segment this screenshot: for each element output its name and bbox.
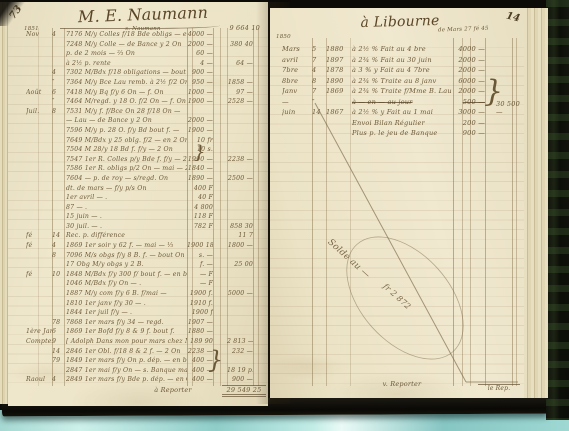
cell-date: — bbox=[282, 97, 312, 108]
cell-fc bbox=[213, 164, 220, 174]
cell-date: juin bbox=[282, 107, 312, 118]
cell-no: 8 bbox=[52, 107, 64, 117]
cell-fc bbox=[213, 116, 220, 126]
cell-date: avril bbox=[282, 55, 312, 66]
cell-sc bbox=[253, 116, 258, 126]
cell-f: 2000 — bbox=[187, 40, 213, 50]
cell-date bbox=[26, 308, 52, 318]
cell-fc bbox=[213, 184, 220, 194]
solde-label: Solde au — bbox=[326, 237, 372, 280]
ledger-entries-left: Nov47176 M/y Colles f/18 Bde obligs — en… bbox=[26, 30, 258, 385]
cell-fc bbox=[213, 279, 220, 289]
cell-desc: 1810 1er janv f/y 30 — . bbox=[64, 299, 187, 309]
folio-number-right: 14 bbox=[505, 10, 521, 24]
cell-date: fé bbox=[26, 241, 52, 251]
cell-date bbox=[26, 222, 52, 232]
cell-fc bbox=[213, 212, 220, 222]
cell-no: 4 bbox=[312, 65, 326, 76]
cell-date: fé bbox=[26, 270, 52, 280]
cell-sc bbox=[253, 241, 258, 251]
cell-no bbox=[52, 164, 64, 174]
cell-fc bbox=[213, 260, 220, 270]
ledger-row: fé14Rec. p. différence11 7 bbox=[26, 231, 258, 241]
cell-s bbox=[227, 49, 253, 59]
cell-fc bbox=[213, 97, 220, 107]
ledger-row: 15 juin — .118 F bbox=[26, 212, 258, 222]
cell-fc bbox=[213, 203, 220, 213]
cell-fc bbox=[213, 375, 220, 385]
cell-date: Nov bbox=[26, 30, 52, 40]
cell-no: 7 bbox=[312, 55, 326, 66]
cell-date bbox=[26, 164, 52, 174]
cell-sc bbox=[253, 126, 258, 136]
cell-no bbox=[52, 174, 64, 184]
cell-no: 4 bbox=[52, 68, 64, 78]
cell-sc bbox=[253, 327, 258, 337]
cell-sc bbox=[253, 145, 258, 155]
cell-gap bbox=[220, 155, 227, 165]
cell-desc: 7604 — p. de roy — s/regd. On bbox=[64, 174, 187, 184]
cell-no: 6 bbox=[52, 327, 64, 337]
carry-forward-note-right: v. Reporter bbox=[362, 380, 442, 388]
cell-s bbox=[227, 145, 253, 155]
ledger-row: Mars51880à 2½ % Fait au 4 bre4000 — bbox=[282, 44, 492, 55]
ledger-row: 7596 M/y p. 28 O. f/y Bd bout f. —1900 — bbox=[26, 126, 258, 136]
cell-fc bbox=[213, 68, 220, 78]
cell-desc: 1er avril — . bbox=[64, 193, 187, 203]
cell-sc bbox=[253, 136, 258, 146]
cell-desc: [ Adolph Dans mon pour mars chez Morin ] bbox=[64, 337, 187, 347]
cell-gap bbox=[220, 49, 227, 59]
cell-s bbox=[227, 164, 253, 174]
ledger-page-right: à Libourne de Mars 27 fé 45 1850 Mars518… bbox=[270, 8, 524, 398]
cell-no bbox=[52, 40, 64, 50]
page-total-left: 29 549 25 bbox=[222, 385, 266, 397]
ledger-row: 7649 M/Bdx y 25 oblg. f/2 — en 2 On10 fr bbox=[26, 136, 258, 146]
cell-no bbox=[52, 136, 64, 146]
cell-s bbox=[227, 30, 253, 40]
cell-date bbox=[26, 174, 52, 184]
cell-sc bbox=[253, 203, 258, 213]
cell-s: 2528 — bbox=[227, 97, 253, 107]
cell-gap bbox=[220, 222, 227, 232]
ledger-row: à 2½ p. rente4 —64 — bbox=[26, 59, 258, 69]
cell-date bbox=[26, 356, 52, 366]
cell-gap bbox=[220, 241, 227, 251]
cell-f: 200 — bbox=[453, 118, 485, 129]
cell-sc bbox=[253, 366, 258, 376]
cell-desc: Rec. p. différence bbox=[64, 231, 187, 241]
ledger-row: 87096 M/s obgs f/y 8 B. f. — bout Ons. — bbox=[26, 251, 258, 261]
cell-sc bbox=[253, 184, 258, 194]
cell-sc bbox=[253, 279, 258, 289]
cell-s: 11 7 bbox=[227, 231, 253, 241]
cell-s: 2500 — bbox=[227, 174, 253, 184]
cell-date bbox=[282, 128, 312, 139]
cell-f: 500 — bbox=[453, 97, 485, 108]
cell-desc: 17 Obg M/y obgs y 2 B. bbox=[64, 260, 187, 270]
cell-date bbox=[26, 116, 52, 126]
cell-sc bbox=[253, 231, 258, 241]
ledger-row: Août67418 M/y Bq f/y 6 On — f. On1000 —9… bbox=[26, 88, 258, 98]
cell-f: 2000 — bbox=[453, 55, 485, 66]
cell-s: 25 00 bbox=[227, 260, 253, 270]
cell-f: 2000 — bbox=[453, 65, 485, 76]
cell-date bbox=[26, 318, 52, 328]
cell-date bbox=[282, 118, 312, 129]
cell-sc bbox=[253, 251, 258, 261]
cell-desc: 1848 M/Bdx f/y 300 f/ bout f. — en bout bbox=[64, 270, 187, 280]
cell-date bbox=[26, 289, 52, 299]
cell-sc bbox=[253, 270, 258, 280]
cell-desc: 7418 M/y Bq f/y 6 On — f. On bbox=[64, 88, 187, 98]
cell-sc bbox=[253, 318, 258, 328]
cell-gap bbox=[220, 116, 227, 126]
ledger-row: 1887 M/y com f/y 6 B. f/mai —1900 f.5000… bbox=[26, 289, 258, 299]
cell-sc bbox=[253, 212, 258, 222]
cell-f: 4000 — bbox=[187, 30, 213, 40]
cell-s: 380 40 bbox=[227, 40, 253, 50]
solde-amount: fr 2 872 bbox=[381, 282, 412, 311]
cell-fc bbox=[213, 231, 220, 241]
ledger-row: 1er avril — .40 F bbox=[26, 193, 258, 203]
cell-f: f. — bbox=[187, 260, 213, 270]
cell-no: 8 bbox=[52, 251, 64, 261]
cell-f: 1900 — bbox=[187, 126, 213, 136]
cell-no bbox=[52, 155, 64, 165]
cell-date bbox=[26, 145, 52, 155]
cell-fc bbox=[213, 270, 220, 280]
book-cover-right-edge bbox=[546, 0, 569, 420]
ledger-row: 1844 1er juil f/y — .1900 f bbox=[26, 308, 258, 318]
cell-fc bbox=[213, 318, 220, 328]
cell-gap bbox=[220, 299, 227, 309]
cell-desc: 7248 M/y Colle — de Bance y 2 On bbox=[64, 40, 187, 50]
cell-desc: 7302 M/Bdx f/18 obligations — bout On bbox=[64, 68, 187, 78]
cell-no: 78 bbox=[52, 318, 64, 328]
cell-no bbox=[52, 308, 64, 318]
cell-date bbox=[26, 155, 52, 165]
cell-desc: 1869 1er Bofd f/y 8 & 9 f. bout f. bbox=[64, 327, 187, 337]
cell-no: 7 bbox=[312, 86, 326, 97]
cell-sc bbox=[253, 40, 258, 50]
ledger-row: 7248 M/y Colle — de Bance y 2 On2000 —38… bbox=[26, 40, 258, 50]
cell-desc: dt. de mars — f/y p/s On bbox=[64, 184, 187, 194]
column-rule bbox=[516, 38, 517, 386]
cell-date bbox=[26, 184, 52, 194]
cell-s: 900 — bbox=[227, 375, 253, 385]
cell-date bbox=[26, 203, 52, 213]
cell-desc: 1849 1er mars f/y On p. dép. — en bout O… bbox=[64, 356, 187, 366]
cell-sc bbox=[253, 260, 258, 270]
cell-desc: 1887 M/y com f/y 6 B. f/mai — bbox=[64, 289, 187, 299]
cell-desc: 1869 1er soir y 62 f. — mai — ⅓ bbox=[64, 241, 187, 251]
cell-gap bbox=[220, 136, 227, 146]
cell-fc bbox=[213, 222, 220, 232]
cell-f: 400 — bbox=[187, 375, 213, 385]
ledger-row: 7586 1er R. obligs p/2 On — mai — 2 On18… bbox=[26, 164, 258, 174]
ledger-row: Envoi Bilan Régulier200 — bbox=[282, 118, 492, 129]
cell-desc: 1046 M/Bdx f/y On — . bbox=[64, 279, 187, 289]
cell-gap bbox=[220, 184, 227, 194]
cell-sc bbox=[253, 78, 258, 88]
cell-desc: 7364 M/y Bce Lau remb. à 2½ f/2 On bbox=[64, 78, 187, 88]
cell-desc: 2847 1er mai f/y On — s. Banque mai bbox=[64, 366, 187, 376]
cell-no: ″ bbox=[312, 97, 326, 108]
cell-f: s. — bbox=[187, 251, 213, 261]
cell-s: 858 30 bbox=[227, 222, 253, 232]
cell-s bbox=[227, 193, 253, 203]
ledger-row: —″à — en — au jour500 — bbox=[282, 97, 492, 108]
cell-sc bbox=[253, 222, 258, 232]
cell-gap bbox=[220, 88, 227, 98]
cell-sc bbox=[253, 347, 258, 357]
cell-gap bbox=[220, 327, 227, 337]
cell-desc: 7531 M/y f. f/Bce On 28 f/18 On — bbox=[64, 107, 187, 117]
cell-no bbox=[52, 366, 64, 376]
cell-sc bbox=[253, 193, 258, 203]
cell-num: 1869 bbox=[326, 86, 350, 97]
cell-gap bbox=[220, 289, 227, 299]
cell-f: 1907 — bbox=[187, 318, 213, 328]
brace-total: 30 500 — bbox=[496, 100, 526, 116]
ledger-row: fé101848 M/Bdx f/y 300 f/ bout f. — en b… bbox=[26, 270, 258, 280]
cell-f: 1900 18 bbox=[187, 241, 213, 251]
cell-sc bbox=[253, 107, 258, 117]
cell-no: 6 bbox=[52, 88, 64, 98]
cell-desc: 7547 1er R. Colles p/y Bde f. f/y — 2 On bbox=[64, 155, 187, 165]
ledger-row: Raoul42849 1er mars f/y Bde p. dép. — en… bbox=[26, 375, 258, 385]
ledger-row: ″7364 M/y Bce Lau remb. à 2½ f/2 On950 —… bbox=[26, 78, 258, 88]
cell-gap bbox=[220, 107, 227, 117]
cell-f: 950 — bbox=[187, 78, 213, 88]
cell-date bbox=[26, 68, 52, 78]
cell-no: 79 bbox=[52, 356, 64, 366]
cell-no: 5 bbox=[312, 44, 326, 55]
cell-s bbox=[227, 318, 253, 328]
cell-fc bbox=[213, 126, 220, 136]
cell-num: 1867 bbox=[326, 107, 350, 118]
ledger-row: 7bre41878à 3 % y Fait au 4 7bre2000 — bbox=[282, 65, 492, 76]
cell-f: 2000 — bbox=[453, 86, 485, 97]
cell-no bbox=[52, 299, 64, 309]
cell-desc: à 2½ % Fait au 4 bre bbox=[350, 44, 453, 55]
cell-gap bbox=[220, 308, 227, 318]
cell-no bbox=[52, 289, 64, 299]
ledger-row: 8bre81890à 2¾ % Traite au 8 janv6000 — bbox=[282, 76, 492, 87]
cell-date bbox=[26, 279, 52, 289]
cell-desc: à — en — au jour bbox=[350, 97, 453, 108]
cell-desc: à 2½ p. rente bbox=[64, 59, 187, 69]
cell-gap bbox=[220, 231, 227, 241]
cell-fc bbox=[213, 289, 220, 299]
cell-f: 6000 — bbox=[453, 76, 485, 87]
cell-date bbox=[26, 347, 52, 357]
ledger-entries-right: Mars51880à 2½ % Fait au 4 bre4000 —avril… bbox=[282, 44, 492, 139]
cell-desc: Envoi Bilan Régulier bbox=[350, 118, 453, 129]
cell-desc: 7586 1er R. obligs p/2 On — mai — 2 On bbox=[64, 164, 187, 174]
cell-date: Juil. bbox=[26, 107, 52, 117]
cell-desc: 7176 M/y Colles f/18 Bde obligs — en bou… bbox=[64, 30, 187, 40]
ledger-row: Janv71869à 2¾ % Traite f/Mme B. Lau2000 … bbox=[282, 86, 492, 97]
cell-f: 40 F bbox=[187, 193, 213, 203]
cell-fc bbox=[213, 174, 220, 184]
cell-date bbox=[26, 78, 52, 88]
cell-desc: 7504 M 28/y 18 Bd f. f/y — 2 On bbox=[64, 145, 187, 155]
cell-no: ″ bbox=[52, 97, 64, 107]
cell-desc: 87 — . bbox=[64, 203, 187, 213]
ledger-row: dt. de mars — f/y p/s On400 F bbox=[26, 184, 258, 194]
ledger-photo: M. E. Naumann s. Naumann 9 664 10 1851 N… bbox=[0, 0, 569, 431]
cell-f: 1840 — bbox=[187, 164, 213, 174]
cell-no: 9 bbox=[52, 337, 64, 347]
cell-f: — F bbox=[187, 279, 213, 289]
cell-date bbox=[26, 40, 52, 50]
cell-gap bbox=[220, 145, 227, 155]
cell-gap bbox=[220, 97, 227, 107]
cell-fc bbox=[213, 49, 220, 59]
cell-gap bbox=[220, 59, 227, 69]
cell-s bbox=[227, 212, 253, 222]
cell-no bbox=[52, 116, 64, 126]
cell-gap bbox=[220, 270, 227, 280]
cell-sc bbox=[253, 155, 258, 165]
carry-forward-note-left: à Reporter bbox=[128, 386, 218, 394]
cell-no bbox=[52, 279, 64, 289]
cell-desc: p. de 2 mois — ⅔ On bbox=[64, 49, 187, 59]
cell-fc bbox=[213, 40, 220, 50]
cell-f: 1900 — bbox=[187, 97, 213, 107]
cell-f: 400 F bbox=[187, 184, 213, 194]
sum-brace-large: } bbox=[208, 346, 223, 374]
cell-sc bbox=[253, 375, 258, 385]
cell-s: 64 — bbox=[227, 59, 253, 69]
cell-fc bbox=[213, 136, 220, 146]
cell-s bbox=[227, 308, 253, 318]
cell-no bbox=[52, 260, 64, 270]
cell-no: 4 bbox=[52, 241, 64, 251]
cell-sc bbox=[253, 68, 258, 78]
cell-desc: 7096 M/s obgs f/y 8 B. f. — bout On bbox=[64, 251, 187, 261]
cell-desc: à 2¾ % Fait au 30 juin bbox=[350, 55, 453, 66]
cell-desc: à 2½ % y Fait au 1 mai bbox=[350, 107, 453, 118]
cell-s: 18 19 p. bbox=[227, 366, 253, 376]
cell-s bbox=[227, 107, 253, 117]
cell-date bbox=[26, 97, 52, 107]
cell-sc bbox=[253, 59, 258, 69]
cell-f: 782 F bbox=[187, 222, 213, 232]
cell-date: 7bre bbox=[282, 65, 312, 76]
cell-sc bbox=[253, 174, 258, 184]
cell-no: 14 bbox=[52, 347, 64, 357]
ledger-row: 7504 M 28/y 18 Bd f. f/y — 2 On10 s. bbox=[26, 145, 258, 155]
cell-date: 1ère Janv. bbox=[26, 327, 52, 337]
cell-f: 900 — bbox=[453, 128, 485, 139]
ledger-row: Nov47176 M/y Colles f/18 Bde obligs — en… bbox=[26, 30, 258, 40]
ledger-row: — Lau — de Bance y 2 On2000 — bbox=[26, 116, 258, 126]
cell-f: 900 — bbox=[187, 68, 213, 78]
cell-s: 1858 — bbox=[227, 78, 253, 88]
cell-date: Août bbox=[26, 88, 52, 98]
cell-no bbox=[312, 118, 326, 129]
cell-date: Comptes f. bbox=[26, 337, 52, 347]
report-small-note: le Rep. bbox=[478, 384, 520, 392]
ledger-row: 1810 1er janv f/y 30 — .1910 f. bbox=[26, 299, 258, 309]
cell-f: 118 F bbox=[187, 212, 213, 222]
page-edges-right bbox=[524, 8, 548, 398]
cell-s bbox=[227, 116, 253, 126]
cell-f: 4000 — bbox=[453, 44, 485, 55]
cell-f bbox=[187, 231, 213, 241]
cell-no: 4 bbox=[52, 30, 64, 40]
ledger-row: ″7464 M/regd. y 18 O. f/2 On — f. On1900… bbox=[26, 97, 258, 107]
cell-sc bbox=[253, 299, 258, 309]
cell-no bbox=[52, 212, 64, 222]
cell-f: 1900 f. bbox=[187, 289, 213, 299]
cell-num: 1897 bbox=[326, 55, 350, 66]
cell-gap bbox=[220, 78, 227, 88]
ledger-row: 1046 M/Bdx f/y On — .— F bbox=[26, 279, 258, 289]
cell-s: 5000 — bbox=[227, 289, 253, 299]
cell-no bbox=[312, 128, 326, 139]
cell-fc bbox=[213, 299, 220, 309]
cell-date bbox=[26, 366, 52, 376]
cell-date: 8bre bbox=[282, 76, 312, 87]
cell-date: Janv bbox=[282, 86, 312, 97]
cell-fc bbox=[213, 308, 220, 318]
column-rule bbox=[512, 38, 513, 386]
cell-desc: 7596 M/y p. 28 O. f/y Bd bout f. — bbox=[64, 126, 187, 136]
cell-desc: 7868 1er mars f/y 34 — regd. bbox=[64, 318, 187, 328]
cell-gap bbox=[220, 40, 227, 50]
cell-s bbox=[227, 327, 253, 337]
cell-s bbox=[227, 203, 253, 213]
cell-num: 1880 bbox=[326, 44, 350, 55]
cell-sc bbox=[253, 356, 258, 366]
cell-fc bbox=[213, 107, 220, 117]
year-label-right: 1850 bbox=[276, 34, 291, 40]
cell-s bbox=[227, 136, 253, 146]
cell-desc: 2849 1er mars f/y Bde p. dép. — en On bbox=[64, 375, 187, 385]
cell-s bbox=[227, 279, 253, 289]
cell-sc bbox=[253, 49, 258, 59]
cell-desc: à 2¾ % Traite f/Mme B. Lau bbox=[350, 86, 453, 97]
ledger-page-left: M. E. Naumann s. Naumann 9 664 10 1851 N… bbox=[8, 2, 268, 406]
cell-date bbox=[26, 136, 52, 146]
cell-s bbox=[227, 270, 253, 280]
cell-num: 1890 bbox=[326, 76, 350, 87]
cell-num: 1878 bbox=[326, 65, 350, 76]
ledger-row: 1ère Janv.61869 1er Bofd f/y 8 & 9 f. bo… bbox=[26, 327, 258, 337]
cell-gap bbox=[220, 174, 227, 184]
cell-gap bbox=[220, 318, 227, 328]
cell-date bbox=[26, 126, 52, 136]
cell-fc bbox=[213, 30, 220, 40]
cell-date bbox=[26, 260, 52, 270]
cell-desc: 1844 1er juil f/y — . bbox=[64, 308, 187, 318]
cell-no bbox=[52, 184, 64, 194]
cell-f: 1900 f bbox=[187, 308, 213, 318]
ledger-row: 30 juil. — .782 F858 30 bbox=[26, 222, 258, 232]
cell-fc bbox=[213, 155, 220, 165]
cell-fc bbox=[213, 241, 220, 251]
cell-desc: 15 juin — . bbox=[64, 212, 187, 222]
cell-s: 1800 — bbox=[227, 241, 253, 251]
ledger-row: fé41869 1er soir y 62 f. — mai — ⅓1900 1… bbox=[26, 241, 258, 251]
cell-num bbox=[326, 128, 350, 139]
ledger-row: 787868 1er mars f/y 34 — regd.1907 — bbox=[26, 318, 258, 328]
sum-brace-small: } bbox=[194, 142, 205, 163]
